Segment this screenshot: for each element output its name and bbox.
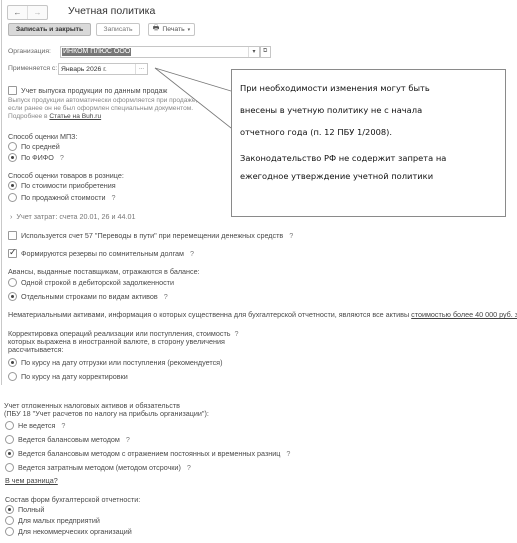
reserves-label: Формируются резервы по сомнительным долг…	[21, 249, 184, 258]
callout-line: При необходимости изменения могут быть	[240, 82, 505, 104]
option-label: Не ведется	[18, 421, 55, 430]
option-label: Полный	[18, 505, 44, 514]
advances-option-single[interactable]: Одной строкой в дебиторской задолженност…	[8, 278, 174, 287]
radio[interactable]	[5, 527, 14, 536]
intangible-text: Нематериальными активами, информация о к…	[8, 310, 411, 319]
currency-option-shipment[interactable]: По курсу на дату отгрузки или поступлени…	[8, 358, 222, 367]
production-hint: Выпуск продукции автоматически оформляет…	[8, 97, 197, 121]
option-label: По курсу на дату отгрузки или поступлени…	[21, 358, 222, 367]
production-checkbox[interactable]	[8, 86, 17, 95]
advances-option-separate[interactable]: Отдельными строками по видам активов?	[8, 292, 168, 301]
radio[interactable]	[8, 372, 17, 381]
hint-line: если ранее он не был оформлен специальны…	[8, 105, 197, 113]
callout-note: При необходимости изменения могут быть в…	[231, 69, 506, 217]
help-icon[interactable]: ?	[289, 231, 293, 240]
radio[interactable]	[5, 505, 14, 514]
intangible-threshold-link[interactable]: стоимостью более 40 000 руб. за единицу	[411, 310, 517, 319]
currency-title-line: рассчитывается:	[8, 346, 239, 354]
difference-link[interactable]: В чем разница?	[5, 476, 58, 485]
deferred-option-balance-differences[interactable]: Ведется балансовым методом с отражением …	[5, 449, 290, 458]
advances-title: Авансы, выданные поставщикам, отражаются…	[8, 267, 200, 276]
mpz-option-average[interactable]: По средней	[8, 142, 60, 151]
radio[interactable]	[8, 278, 17, 287]
currency-option-correction[interactable]: По курсу на дату корректировки	[8, 372, 128, 381]
option-label: По стоимости приобретения	[21, 181, 116, 190]
help-icon[interactable]: ?	[164, 292, 168, 301]
hint-line: Подробнее в Статье на Buh.ru	[8, 113, 197, 121]
radio[interactable]	[8, 142, 17, 151]
currency-title: Корректировка операций реализации или по…	[8, 330, 239, 354]
help-icon[interactable]: ?	[235, 329, 239, 338]
option-label: По курсу на дату корректировки	[21, 372, 128, 381]
option-label: Ведется балансовым методом с отражением …	[18, 449, 280, 458]
costs-label: Учет затрат: счета 20.01, 26 и 44.01	[16, 212, 135, 221]
radio[interactable]	[8, 292, 17, 301]
retail-option-sale[interactable]: По продажной стоимости?	[8, 193, 116, 202]
option-label: Отдельными строками по видам активов	[21, 292, 158, 301]
hint-line: Выпуск продукции автоматически оформляет…	[8, 97, 197, 105]
callout-line: отчетного года (п. 12 ПБУ 1/2008).	[240, 126, 505, 148]
mpz-title: Способ оценки МПЗ:	[8, 132, 78, 141]
option-label: Для некоммерческих организаций	[18, 527, 132, 536]
costs-expander[interactable]: ›Учет затрат: счета 20.01, 26 и 44.01	[10, 212, 136, 221]
option-label: По средней	[21, 142, 60, 151]
option-label: По продажной стоимости	[21, 193, 106, 202]
radio[interactable]	[8, 181, 17, 190]
mpz-option-fifo[interactable]: По ФИФО?	[8, 153, 64, 162]
production-label: Учет выпуска продукции по данным продаж	[21, 86, 167, 95]
radio[interactable]	[5, 435, 14, 444]
help-icon[interactable]: ?	[60, 153, 64, 162]
chevron-right-icon: ›	[10, 212, 12, 221]
intangible-assets-text: Нематериальными активами, информация о к…	[8, 310, 517, 319]
forms-option-nonprofit[interactable]: Для некоммерческих организаций	[5, 527, 132, 536]
radio[interactable]	[8, 193, 17, 202]
help-icon[interactable]: ?	[190, 249, 194, 258]
deferred-option-balance[interactable]: Ведется балансовым методом?	[5, 435, 130, 444]
acc57-label: Используется счет 57 "Переводы в пути" п…	[21, 231, 283, 240]
reserves-checkbox[interactable]	[8, 249, 17, 258]
acc57-checkbox[interactable]	[8, 231, 17, 240]
help-icon[interactable]: ?	[112, 193, 116, 202]
help-icon[interactable]: ?	[126, 435, 130, 444]
option-label: Одной строкой в дебиторской задолженност…	[21, 278, 174, 287]
option-label: Ведется затратным методом (методом отсро…	[18, 463, 181, 472]
option-label: По ФИФО	[21, 153, 54, 162]
radio[interactable]	[8, 358, 17, 367]
help-icon[interactable]: ?	[187, 463, 191, 472]
forms-option-small[interactable]: Для малых предприятий	[5, 516, 100, 525]
retail-option-purchase[interactable]: По стоимости приобретения	[8, 181, 116, 190]
callout-line: внесены в учетную политику не с начала	[240, 104, 505, 126]
deferred-title: Учет отложенных налоговых активов и обяз…	[4, 402, 209, 418]
radio[interactable]	[5, 421, 14, 430]
retail-title: Способ оценки товаров в рознице:	[8, 171, 124, 180]
help-icon[interactable]: ?	[286, 449, 290, 458]
production-checkbox-row[interactable]: Учет выпуска продукции по данным продаж	[8, 86, 167, 95]
deferred-title-line: (ПБУ 18 "Учет расчетов по налогу на приб…	[4, 410, 209, 418]
radio[interactable]	[8, 153, 17, 162]
forms-title: Состав форм бухгалтерской отчетности:	[5, 495, 140, 504]
acc57-checkbox-row[interactable]: Используется счет 57 "Переводы в пути" п…	[8, 231, 293, 240]
radio[interactable]	[5, 463, 14, 472]
radio[interactable]	[5, 516, 14, 525]
callout-line: ежегодное утверждение учетной политики	[240, 170, 505, 182]
option-label: Для малых предприятий	[18, 516, 100, 525]
buh-ru-article-link[interactable]: Статье на Buh.ru	[49, 113, 101, 120]
callout-line: Законодательство РФ не содержит запрета …	[240, 152, 505, 170]
reserves-checkbox-row[interactable]: Формируются резервы по сомнительным долг…	[8, 249, 194, 258]
deferred-option-none[interactable]: Не ведется?	[5, 421, 65, 430]
radio[interactable]	[5, 449, 14, 458]
help-icon[interactable]: ?	[61, 421, 65, 430]
forms-option-full[interactable]: Полный	[5, 505, 44, 514]
option-label: Ведется балансовым методом	[18, 435, 120, 444]
hint-prefix: Подробнее в	[8, 113, 49, 120]
deferred-option-deferral[interactable]: Ведется затратным методом (методом отсро…	[5, 463, 191, 472]
